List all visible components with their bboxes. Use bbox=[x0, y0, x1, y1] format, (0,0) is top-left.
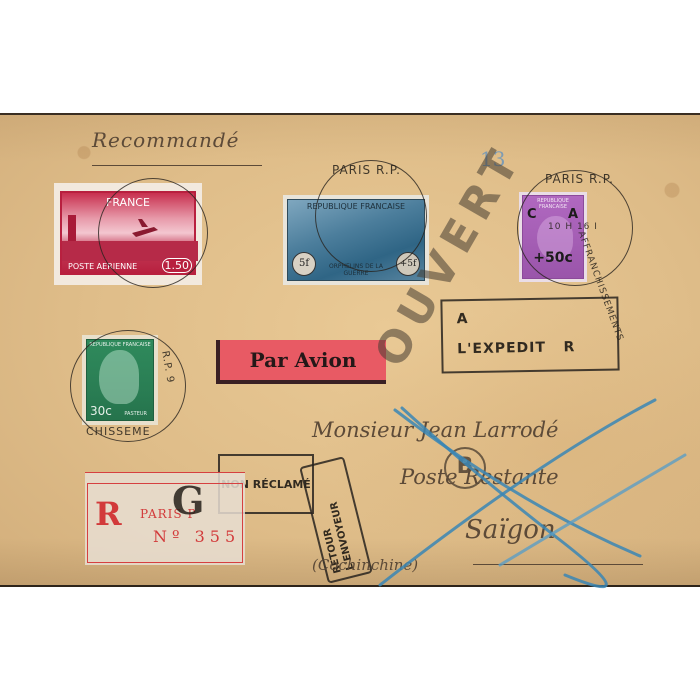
postmark-date: 10 H 16 I bbox=[548, 222, 598, 232]
postmark-text: PARIS R.P. bbox=[545, 172, 614, 186]
address-underline bbox=[473, 564, 643, 565]
postmark-text: PARIS R.P. bbox=[332, 163, 401, 177]
retour-expediteur-handstamp: A L'EXPEDIT R bbox=[440, 296, 619, 373]
manuscript-letter: G bbox=[172, 478, 204, 523]
address-line-city: Saïgon bbox=[465, 515, 556, 545]
stamp-value: 5f bbox=[292, 252, 316, 276]
address-line-region: (Cochinchine) bbox=[312, 556, 418, 574]
par-avion-label: Par Avion bbox=[216, 340, 386, 384]
address-line-recipient: Monsieur Jean Larrodé bbox=[312, 418, 558, 442]
handstamp-line: A bbox=[457, 309, 603, 328]
recommande-annotation: Recommandé bbox=[92, 128, 240, 152]
postmark-circle bbox=[98, 178, 208, 288]
registration-number: Nº 355 bbox=[153, 527, 240, 546]
postmark-text: CHISSEME bbox=[86, 425, 151, 438]
address-line-poste-restante: Poste Restante bbox=[400, 465, 559, 489]
recommande-underline bbox=[92, 165, 262, 166]
registration-label: R PARIS P Nº 355 bbox=[85, 472, 245, 565]
registration-letter: R bbox=[95, 495, 122, 533]
handstamp-line: L'EXPEDIT R bbox=[457, 339, 603, 358]
